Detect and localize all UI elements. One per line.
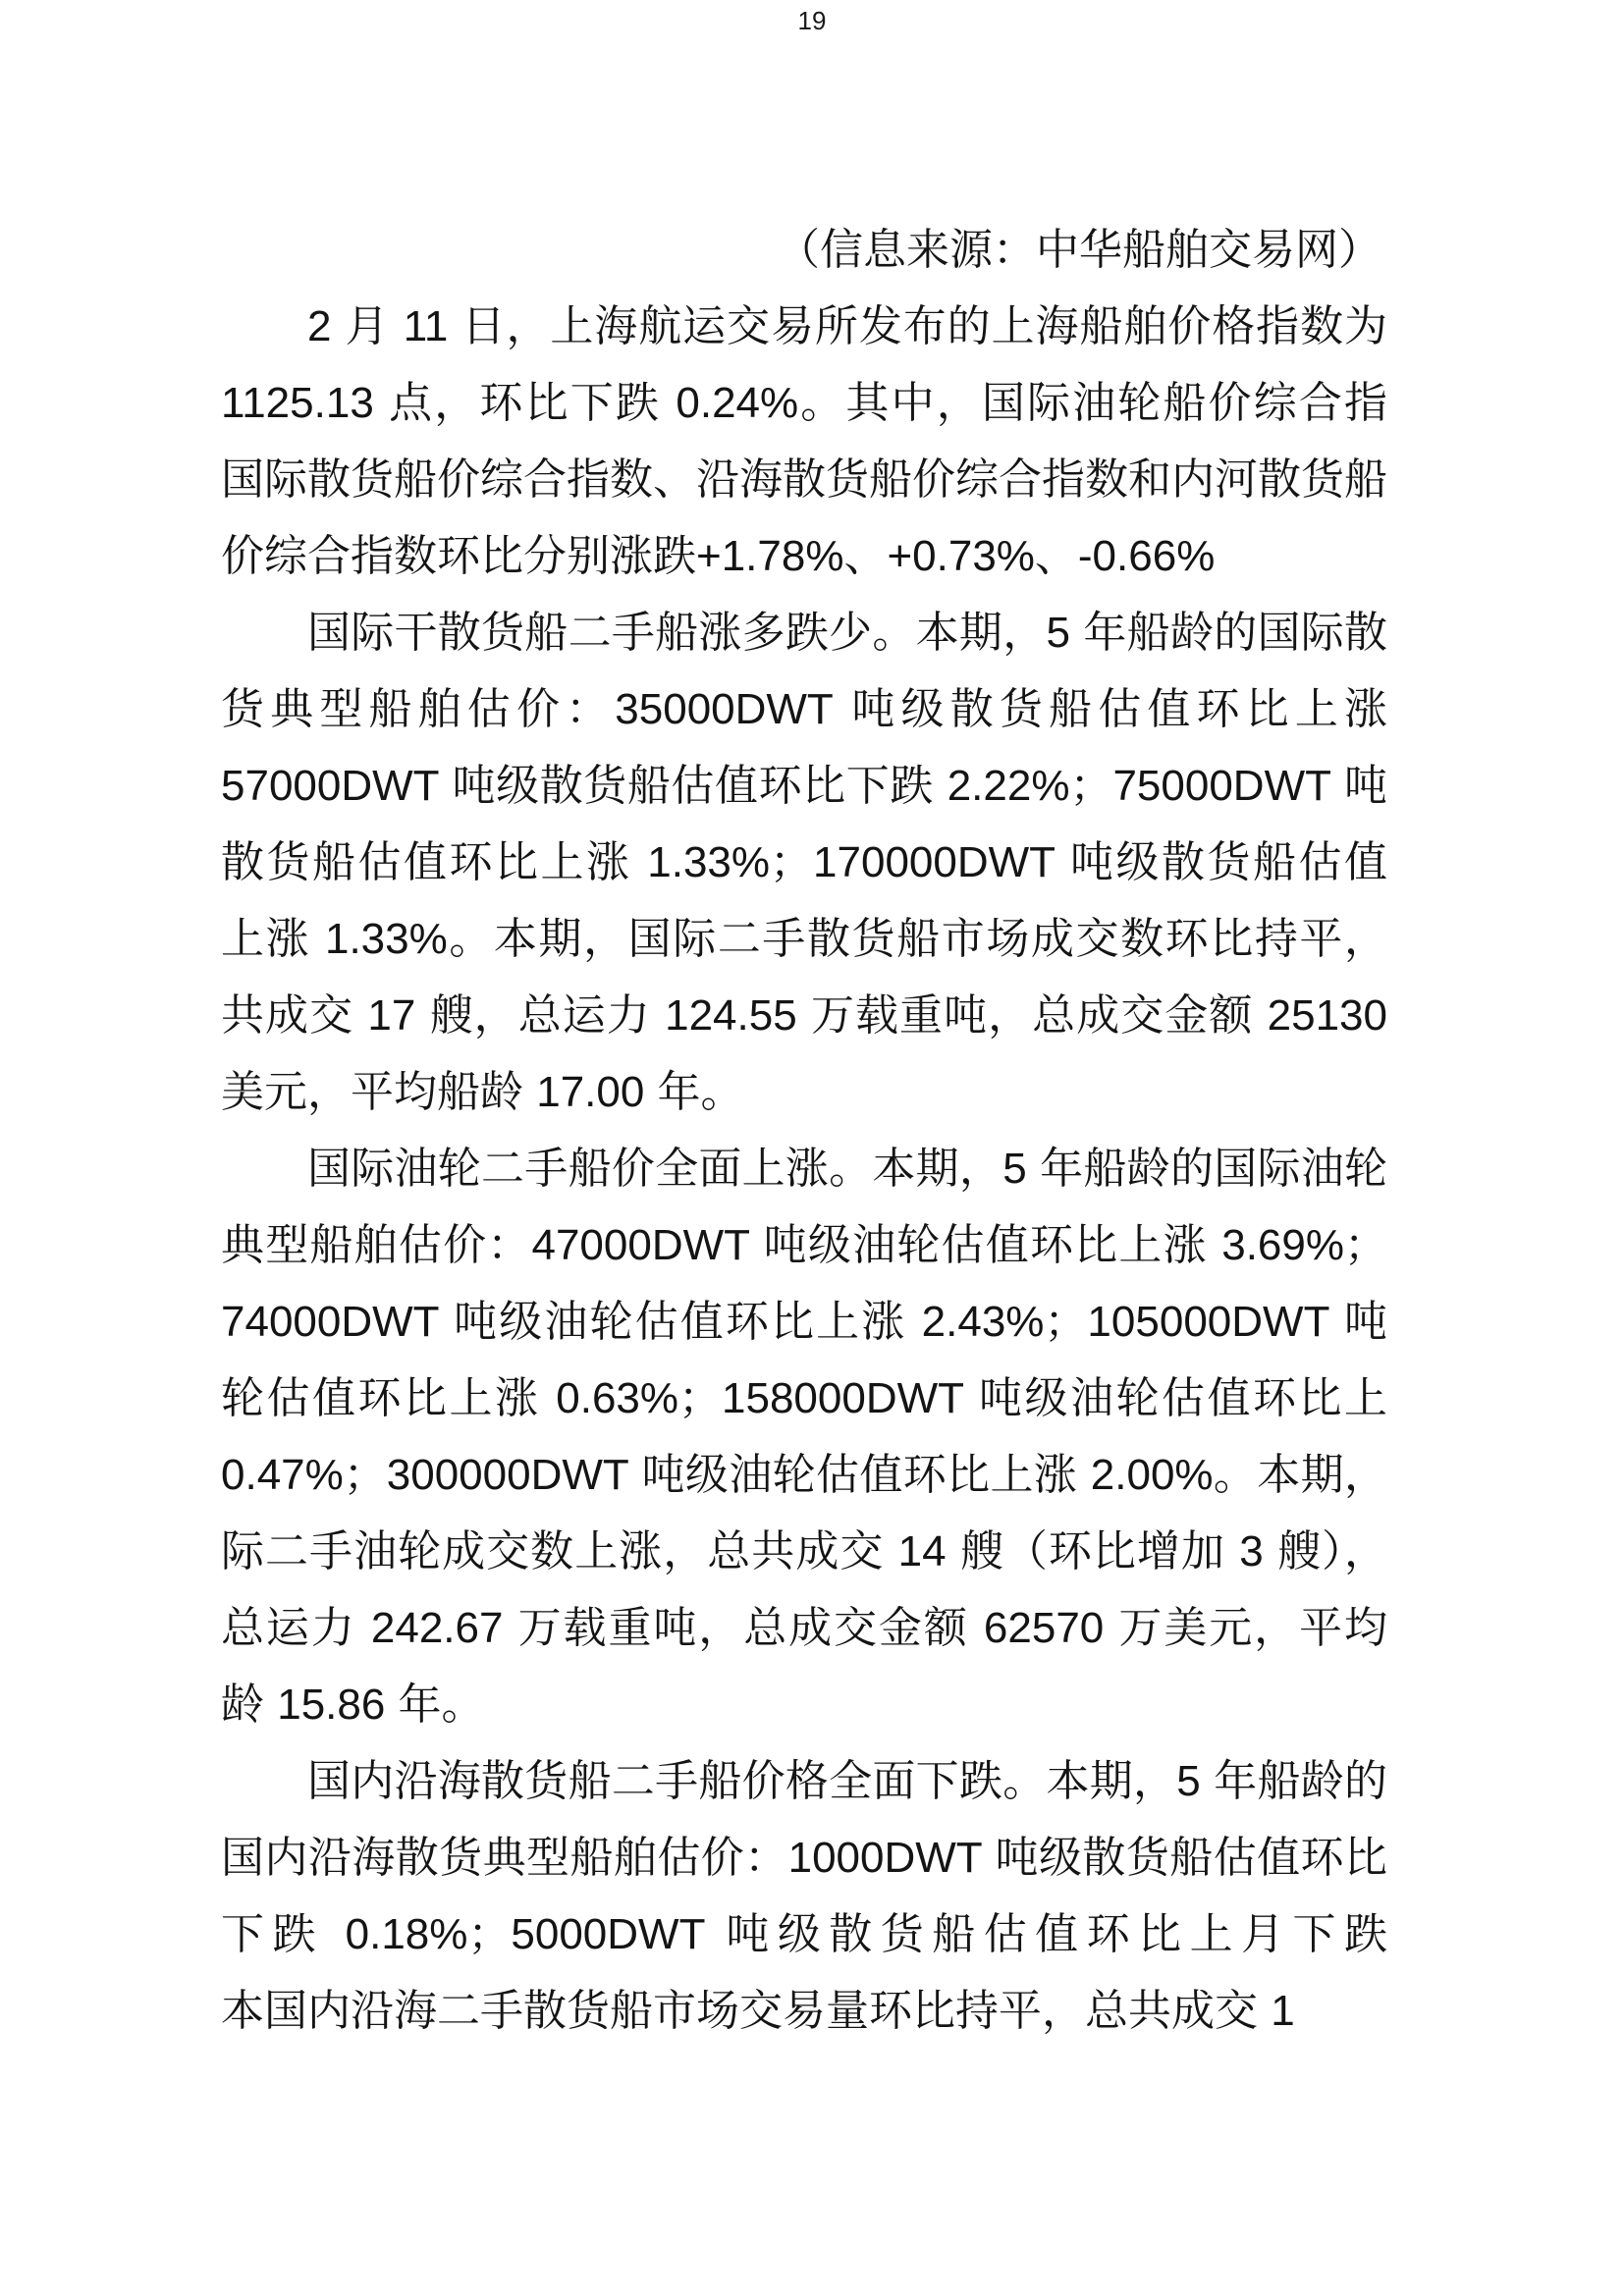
paragraph: 国际干散货船二手船涨多跌少。本期，5 年船龄的国际散货典型船舶估价：35000D… <box>221 595 1387 1131</box>
text-line: 共成交 17 艘，总运力 124.55 万载重吨，总成交金额 25130 万 <box>221 978 1387 1054</box>
text-line: 57000DWT 吨级散货船估值环比下跌 2.22%；75000DWT 吨级 <box>221 748 1387 825</box>
text-line: 散货船估值环比上涨 1.33%；170000DWT 吨级散货船估值环比 <box>221 825 1387 901</box>
text-line: 1125.13 点，环比下跌 0.24%。其中，国际油轮船价综合指数、 <box>221 365 1387 442</box>
text-line: 国际散货船价综合指数、沿海散货船价综合指数和内河散货船 <box>221 442 1387 518</box>
paragraph-list: 2 月 11 日，上海航运交易所发布的上海船舶价格指数为1125.13 点，环比… <box>221 289 1387 2050</box>
text-line: 总运力 242.67 万载重吨，总成交金额 62570 万美元，平均船 <box>221 1590 1387 1667</box>
text-line: 国内沿海散货船二手船价格全面下跌。本期，5 年船龄的 <box>221 1743 1387 1820</box>
source-attribution: （信息来源：中华船舶交易网） <box>221 212 1387 289</box>
text-line: 下跌 0.18%；5000DWT 吨级散货船估值环比上月下跌 1.73%。 <box>221 1896 1387 1973</box>
text-line: 龄 15.86 年。 <box>221 1667 1387 1743</box>
text-line: 国际干散货船二手船涨多跌少。本期，5 年船龄的国际散 <box>221 595 1387 671</box>
text-line: 轮估值环比上涨 0.63%；158000DWT 吨级油轮估值环比上涨 <box>221 1361 1387 1437</box>
text-line: 际二手油轮成交数上涨，总共成交 14 艘（环比增加 3 艘）， <box>221 1514 1387 1590</box>
paragraph: 国际油轮二手船价全面上涨。本期，5 年船龄的国际油轮典型船舶估价：47000DW… <box>221 1131 1387 1743</box>
text-line: 0.47%；300000DWT 吨级油轮估值环比上涨 2.00%。本期，国 <box>221 1437 1387 1514</box>
text-line: 上涨 1.33%。本期，国际二手散货船市场成交数环比持平，总 <box>221 901 1387 978</box>
paragraph: 2 月 11 日，上海航运交易所发布的上海船舶价格指数为1125.13 点，环比… <box>221 289 1387 595</box>
page-number: 19 <box>0 4 1624 37</box>
text-line: 2 月 11 日，上海航运交易所发布的上海船舶价格指数为 <box>221 289 1387 365</box>
document-body: （信息来源：中华船舶交易网） 2 月 11 日，上海航运交易所发布的上海船舶价格… <box>221 212 1387 2050</box>
text-line: 价综合指数环比分别涨跌+1.78%、+0.73%、-0.66%及-1.43%。 <box>221 518 1387 595</box>
text-line: 国内沿海散货典型船舶估价：1000DWT 吨级散货船估值环比 <box>221 1820 1387 1896</box>
text-line: 美元，平均船龄 17.00 年。 <box>221 1054 1387 1131</box>
text-line: 国际油轮二手船价全面上涨。本期，5 年船龄的国际油轮 <box>221 1131 1387 1207</box>
paragraph: 国内沿海散货船二手船价格全面下跌。本期，5 年船龄的国内沿海散货典型船舶估价：1… <box>221 1743 1387 2050</box>
text-line: 本国内沿海二手散货船市场交易量环比持平，总共成交 1 艘， <box>221 1973 1387 2050</box>
document-page: 19 （信息来源：中华船舶交易网） 2 月 11 日，上海航运交易所发布的上海船… <box>0 0 1624 2296</box>
text-line: 货典型船舶估价：35000DWT 吨级散货船估值环比上涨 2.20%； <box>221 671 1387 748</box>
text-line: 典型船舶估价：47000DWT 吨级油轮估值环比上涨 3.69%； <box>221 1207 1387 1284</box>
text-line: 74000DWT 吨级油轮估值环比上涨 2.43%；105000DWT 吨级油 <box>221 1284 1387 1361</box>
